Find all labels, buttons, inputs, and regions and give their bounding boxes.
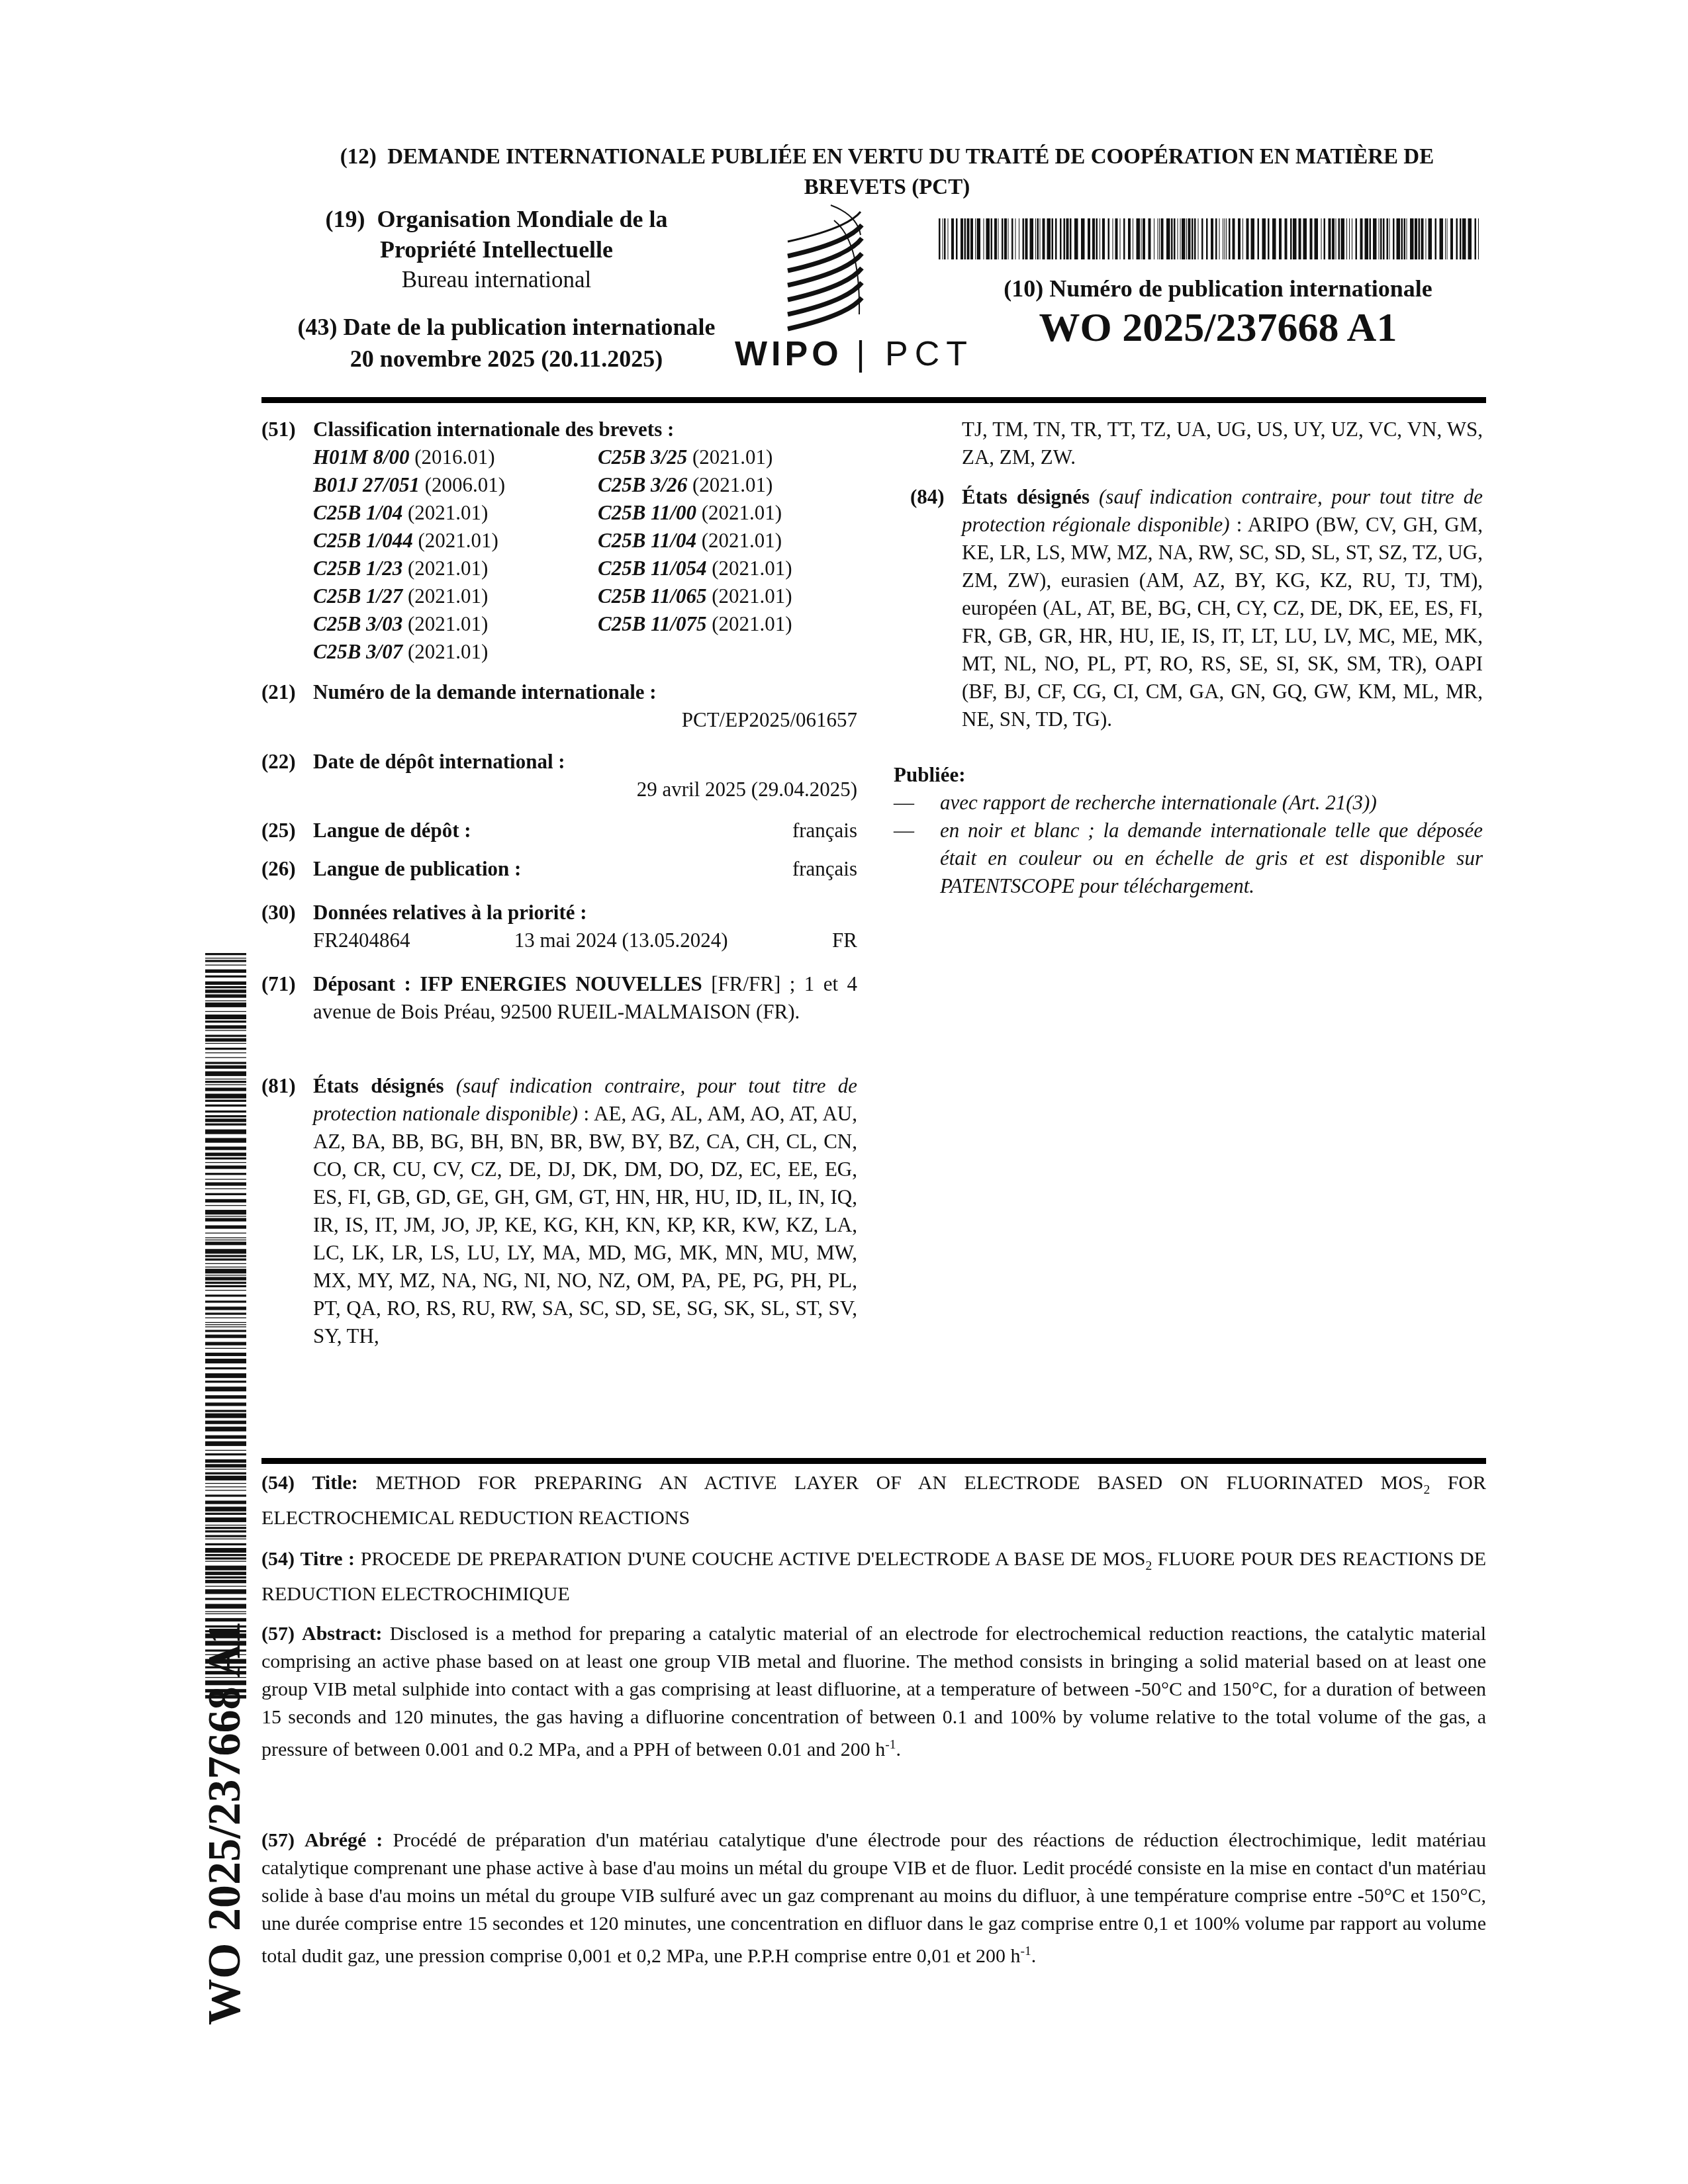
publication-date-value: 20 novembre 2025 (20.11.2025) <box>268 343 745 375</box>
filing-language-label: Langue de dépôt : <box>313 819 471 842</box>
inid-code-54: (54) <box>261 1548 295 1570</box>
published-item: —en noir et blanc ; la demande internati… <box>894 817 1483 900</box>
inid-code-71: (71) <box>261 970 313 1026</box>
superscript: -1 <box>1021 1944 1031 1958</box>
header-divider <box>261 397 1486 403</box>
inid-code-22: (22) <box>261 748 313 776</box>
ipc-entry: C25B 1/23 (2021.01) <box>313 555 598 582</box>
superscript: -1 <box>885 1738 896 1752</box>
ipc-classification-section: (51)Classification internationale des br… <box>261 416 870 666</box>
regional-designated-states-section: (84) États désignés (sauf indication con… <box>910 483 1483 733</box>
side-publication-number: WO 2025/237668 A1 <box>199 1621 252 2025</box>
publication-number-label-block: (10) Numéro de publication international… <box>966 275 1470 302</box>
abstract-english: (57) Abstract: Disclosed is a method for… <box>261 1620 1486 1764</box>
ipc-entry: C25B 11/04 (2021.01) <box>598 527 836 555</box>
abstract-text: Disclosed is a method for preparing a ca… <box>261 1623 1486 1760</box>
office-block: (19) Organisation Mondiale de la Proprié… <box>291 204 702 295</box>
titre-label: Titre : <box>301 1548 355 1570</box>
published-section: Publiée: —avec rapport de recherche inte… <box>894 761 1483 900</box>
ipc-entry: C25B 1/04 (2021.01) <box>313 499 598 527</box>
side-barcode <box>205 953 246 1701</box>
abrege-text: Procédé de préparation d'un matériau cat… <box>261 1829 1486 1967</box>
ipc-entry: C25B 3/26 (2021.01) <box>598 471 836 499</box>
regional-states-label: États désignés <box>962 485 1090 508</box>
title-english: (54) Title: METHOD FOR PREPARING AN ACTI… <box>261 1469 1486 1532</box>
inid-code-57: (57) <box>261 1829 295 1851</box>
priority-number: FR2404864 <box>313 927 410 954</box>
inid-code-25: (25) <box>261 817 313 844</box>
document-kind-title: DEMANDE INTERNATIONALE PUBLIÉE EN VERTU … <box>387 145 1434 199</box>
inid-code-43: (43) <box>298 314 338 340</box>
national-states-label: États désignés <box>313 1074 444 1097</box>
publication-date-block: (43) Date de la publication internationa… <box>268 311 745 375</box>
title-label: Title: <box>312 1472 357 1494</box>
abstract-label: Abstract: <box>302 1623 383 1645</box>
document-kind-header: (12) DEMANDE INTERNATIONALE PUBLIÉE EN V… <box>291 142 1483 203</box>
office-name-line3: Bureau international <box>291 265 702 295</box>
pct-wordmark: PCT <box>885 335 974 373</box>
applicant-label: Déposant : <box>313 972 411 995</box>
inid-code-26: (26) <box>261 855 313 883</box>
inid-code-51: (51) <box>261 416 313 443</box>
application-number-section: (21)Numéro de la demande internationale … <box>261 678 857 734</box>
filing-date-section: (22)Date de dépôt international : 29 avr… <box>261 748 857 803</box>
ipc-list: H01M 8/00 (2016.01)C25B 3/25 (2021.01)B0… <box>261 443 870 666</box>
inid-code-19: (19) <box>325 206 365 232</box>
bottom-divider <box>261 1458 1486 1464</box>
inid-code-54: (54) <box>261 1472 295 1494</box>
publication-language-value: français <box>792 855 857 883</box>
office-name-line2: Propriété Intellectuelle <box>291 234 702 265</box>
inid-code-84: (84) <box>910 483 962 733</box>
priority-date: 13 mai 2024 (13.05.2024) <box>514 927 728 954</box>
ipc-entry: C25B 3/07 (2021.01) <box>313 638 598 666</box>
filing-date-value: 29 avril 2025 (29.04.2025) <box>261 776 857 803</box>
filing-language-value: français <box>792 817 857 844</box>
inid-code-81: (81) <box>261 1072 313 1350</box>
publication-date-label: Date de la publication internationale <box>343 314 715 340</box>
published-label: Publiée: <box>894 763 966 786</box>
wipo-pct-wordmark: WIPO | PCT <box>735 334 953 374</box>
applicant-section: (71) Déposant : IFP ENERGIES NOUVELLES [… <box>261 970 857 1026</box>
publication-number: WO 2025/237668 A1 <box>966 304 1470 351</box>
publication-language-section: (26)Langue de publication : français <box>261 855 857 883</box>
inid-code-21: (21) <box>261 678 313 706</box>
abstract-end: . <box>896 1739 902 1760</box>
ipc-entry: C25B 1/27 (2021.01) <box>313 582 598 610</box>
ipc-entry: C25B 11/075 (2021.01) <box>598 610 836 638</box>
publication-language-label: Langue de publication : <box>313 857 521 880</box>
inid-code-57: (57) <box>261 1623 295 1645</box>
wipo-wordmark: WIPO <box>735 335 843 373</box>
office-name-line1: Organisation Mondiale de la <box>377 206 667 232</box>
publication-number-label: Numéro de publication internationale <box>1049 275 1432 302</box>
priority-section: (30)Données relatives à la priorité : FR… <box>261 899 857 954</box>
national-states-list: : AE, AG, AL, AM, AO, AT, AU, AZ, BA, BB… <box>313 1102 857 1347</box>
ipc-entry: C25B 11/054 (2021.01) <box>598 555 836 582</box>
title-text: METHOD FOR PREPARING AN ACTIVE LAYER OF … <box>375 1472 1423 1494</box>
subscript: 2 <box>1423 1483 1430 1497</box>
filing-date-label: Date de dépôt international : <box>313 750 565 773</box>
titre-text: PROCEDE DE PREPARATION D'UNE COUCHE ACTI… <box>361 1548 1146 1570</box>
ipc-entry: H01M 8/00 (2016.01) <box>313 443 598 471</box>
ipc-entry: B01J 27/051 (2006.01) <box>313 471 598 499</box>
filing-language-section: (25)Langue de dépôt : français <box>261 817 857 844</box>
title-french: (54) Titre : PROCEDE DE PREPARATION D'UN… <box>261 1545 1486 1608</box>
application-number-value: PCT/EP2025/061657 <box>261 706 857 734</box>
ipc-entry: C25B 11/065 (2021.01) <box>598 582 836 610</box>
publication-barcode <box>939 218 1481 259</box>
regional-states-list: : ARIPO (BW, CV, GH, GM, KE, LR, LS, MW,… <box>962 513 1483 731</box>
national-states-continued: TJ, TM, TN, TR, TT, TZ, UA, UG, US, UY, … <box>910 416 1483 471</box>
wipo-globe-logo-icon <box>768 202 867 334</box>
national-designated-states-section: (81) États désignés (sauf indication con… <box>261 1072 857 1350</box>
inid-code-30: (30) <box>261 899 313 927</box>
subscript: 2 <box>1146 1559 1152 1573</box>
ipc-entry: C25B 3/25 (2021.01) <box>598 443 836 471</box>
abrege-end: . <box>1031 1945 1037 1967</box>
inid-code-12: (12) <box>340 145 377 169</box>
abstract-french: (57) Abrégé : Procédé de préparation d'u… <box>261 1827 1486 1970</box>
ipc-entry: C25B 3/03 (2021.01) <box>313 610 598 638</box>
application-number-label: Numéro de la demande internationale : <box>313 680 657 704</box>
ipc-label: Classification internationale des brevet… <box>313 418 674 441</box>
wordmark-separator: | <box>856 335 872 373</box>
abrege-label: Abrégé : <box>305 1829 383 1851</box>
priority-label: Données relatives à la priorité : <box>313 901 587 924</box>
applicant-name: IFP ENERGIES NOUVELLES <box>420 972 702 995</box>
inid-code-10: (10) <box>1004 275 1043 302</box>
ipc-entry: C25B 11/00 (2021.01) <box>598 499 836 527</box>
ipc-entry: C25B 1/044 (2021.01) <box>313 527 598 555</box>
priority-country: FR <box>832 927 857 954</box>
published-item: —avec rapport de recherche international… <box>894 789 1483 817</box>
